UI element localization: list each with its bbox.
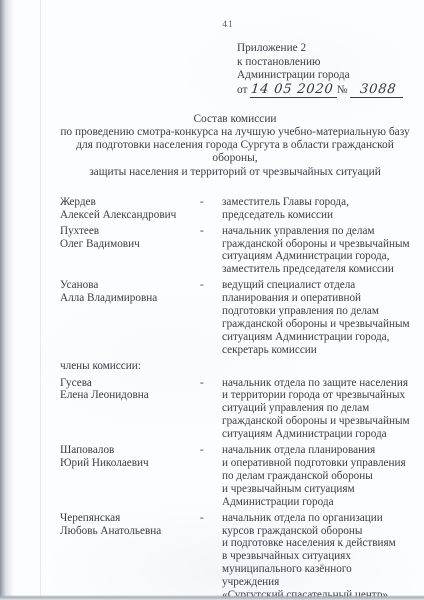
appendix-date-line: от 14 05 2020№3088 xyxy=(237,84,410,98)
member-name: Усанова Алла Владимировна xyxy=(60,279,200,305)
member-role: начальник отдела по организации курсов г… xyxy=(222,512,410,600)
member-role: начальник отдела по защите населения и т… xyxy=(222,377,410,442)
scan-fold-line xyxy=(40,0,41,600)
members-section-label: члены комиссии: xyxy=(60,360,410,373)
page-number: 41 xyxy=(60,20,396,30)
scanned-document-page: 41 Приложение 2 к постановлению Админист… xyxy=(0,0,424,600)
member-role: начальник отдела планирования и оператив… xyxy=(222,444,410,509)
handwritten-number-field: 3088 xyxy=(350,84,402,98)
member-row: Гусева Елена Леонидовна - начальник отде… xyxy=(60,377,410,442)
member-role: ведущий специалист отдела планирования и… xyxy=(222,279,410,356)
member-name: Шаповалов Юрий Николаевич xyxy=(60,444,200,470)
commission-members-list: Жердев Алексей Александрович - заместите… xyxy=(60,196,410,600)
scan-bottom-edge-shadow xyxy=(0,595,424,600)
member-row: Жердев Алексей Александрович - заместите… xyxy=(60,196,410,222)
member-role: начальник управления по делам гражданско… xyxy=(222,225,410,277)
scan-left-edge-shadow xyxy=(0,0,14,600)
number-sign: № xyxy=(337,84,348,96)
member-role: заместитель Главы города, председатель к… xyxy=(222,196,410,222)
separator-dash: - xyxy=(200,196,222,209)
separator-dash: - xyxy=(200,444,222,457)
handwritten-date: 14 05 2020 xyxy=(251,84,335,96)
member-row: Усанова Алла Владимировна - ведущий спец… xyxy=(60,279,410,356)
separator-dash: - xyxy=(200,279,222,292)
handwritten-number: 3088 xyxy=(360,84,398,96)
separator-dash: - xyxy=(200,225,222,238)
member-row: Шаповалов Юрий Николаевич - начальник от… xyxy=(60,444,410,509)
member-row: Пухтеев Олег Вадимович - начальник управ… xyxy=(60,225,410,277)
date-prefix: от xyxy=(237,84,247,96)
appendix-block: Приложение 2 к постановлению Администрац… xyxy=(237,42,410,98)
member-name: Пухтеев Олег Вадимович xyxy=(60,225,200,251)
member-name: Черепянская Любовь Анатольевна xyxy=(60,512,200,538)
document-title: Состав комиссии по проведению смотра-кон… xyxy=(60,113,410,179)
separator-dash: - xyxy=(200,512,222,525)
member-row: Черепянская Любовь Анатольевна - начальн… xyxy=(60,512,410,600)
member-name: Жердев Алексей Александрович xyxy=(60,196,200,222)
separator-dash: - xyxy=(200,377,222,390)
appendix-heading: Приложение 2 к постановлению Администрац… xyxy=(237,42,410,83)
member-name: Гусева Елена Леонидовна xyxy=(60,377,200,403)
handwritten-date-field: 14 05 2020 xyxy=(250,84,336,98)
